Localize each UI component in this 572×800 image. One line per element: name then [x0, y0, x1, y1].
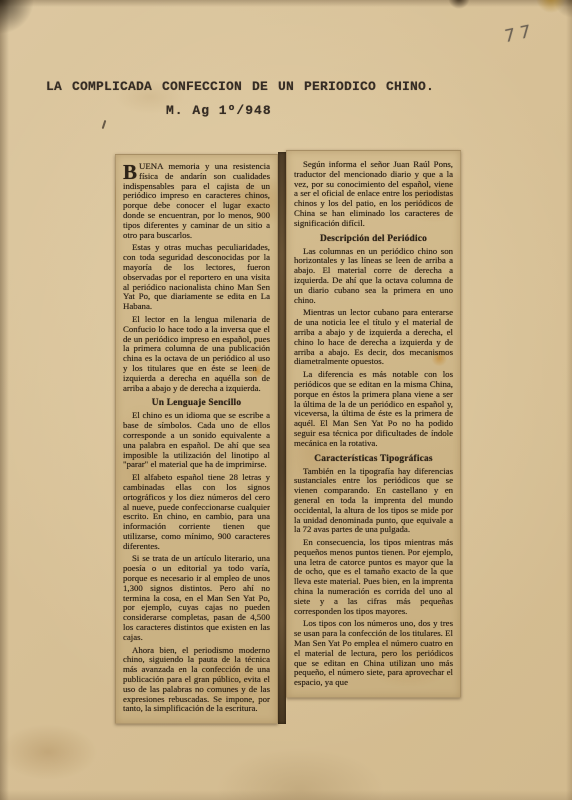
newspaper-clipping: BUENA memoria y una resistencia física d…: [115, 150, 461, 724]
handwritten-page-number: 77: [504, 21, 536, 48]
clipping-paragraph: BUENA memoria y una resistencia física d…: [123, 162, 270, 240]
clipping-subheading: Descripción del Periódico: [294, 234, 453, 244]
document-title: LA COMPLICADA CONFECCION DE UN PERIODICO…: [46, 79, 434, 94]
clipping-paragraph: Estas y otras muchas peculiaridades, con…: [123, 243, 270, 312]
document-dateline: M. Ag 1º/948: [166, 103, 272, 118]
clipping-subheading: Características Tipográficas: [294, 454, 453, 464]
clipping-paragraph: También en la tipografía hay diferencias…: [294, 467, 453, 536]
drop-cap-letter: B: [123, 162, 139, 180]
clipping-right-column: Según informa el señor Juan Raúl Pons, t…: [286, 150, 461, 698]
clipping-paragraph: En consecuencia, los tipos mientras más …: [294, 538, 453, 616]
ink-fleck-mark: [102, 120, 107, 129]
clipping-gap-shadow: [278, 152, 286, 724]
clipping-paragraph: Si se trata de un artículo literario, un…: [123, 554, 270, 642]
clipping-paragraph: El lector en la lengua milenaria de Conf…: [123, 315, 270, 393]
scanned-page: 77 LA COMPLICADA CONFECCION DE UN PERIOD…: [0, 0, 572, 800]
clipping-paragraph: La diferencia es más notable con los per…: [294, 370, 453, 448]
clipping-left-column: BUENA memoria y una resistencia física d…: [115, 154, 278, 724]
clipping-paragraph: El alfabeto español tiene 28 letras y ca…: [123, 473, 270, 551]
clipping-paragraph: Según informa el señor Juan Raúl Pons, t…: [294, 160, 453, 229]
clipping-paragraph: Los tipos con los números uno, dos y tre…: [294, 619, 453, 688]
clipping-subheading: Un Lenguaje Sencillo: [123, 398, 270, 408]
clipping-paragraph: Mientras un lector cubano para enterarse…: [294, 308, 453, 367]
clipping-paragraph: Las columnas en un periódico chino son h…: [294, 247, 453, 306]
clipping-paragraph: Ahora bien, el periodismo moderno chino,…: [123, 646, 270, 715]
clipping-paragraph: El chino es un idioma que se escribe a b…: [123, 411, 270, 470]
